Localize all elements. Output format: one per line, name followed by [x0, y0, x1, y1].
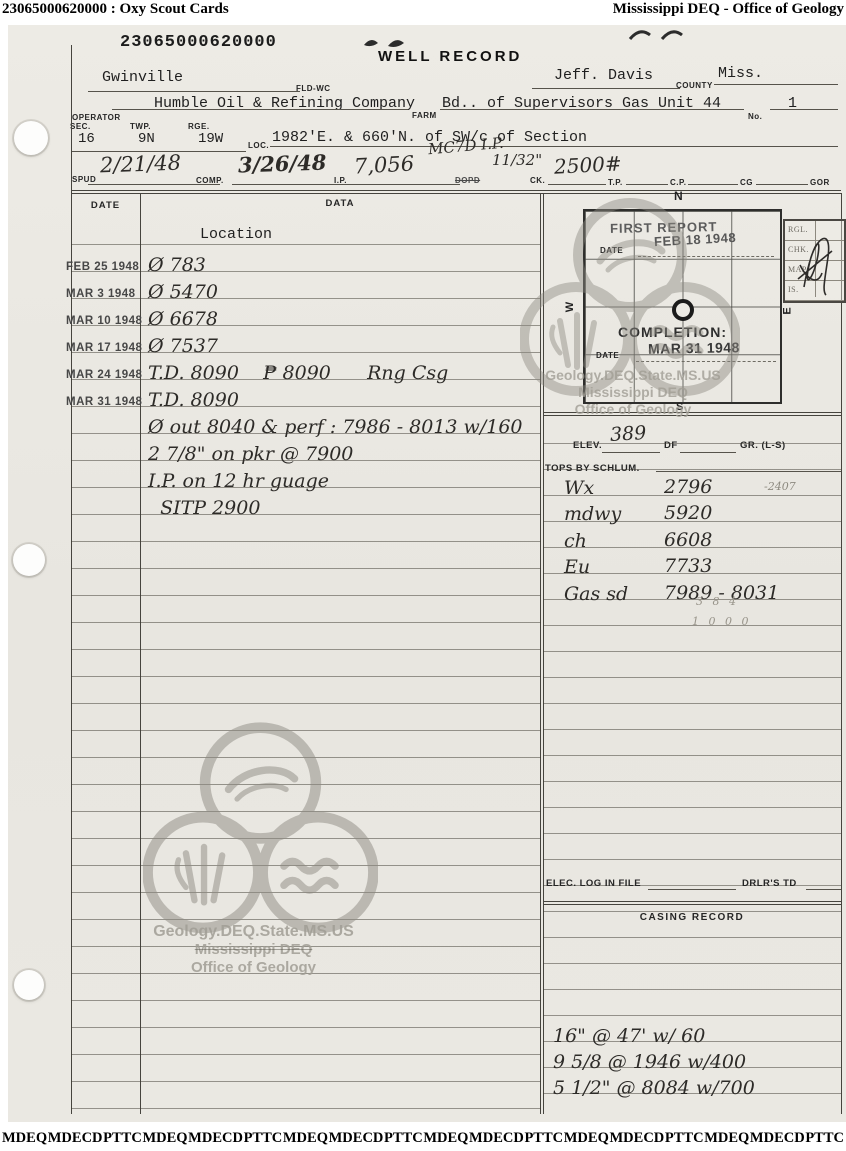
punch-hole — [13, 544, 45, 576]
tops-formation-name: Wx — [564, 477, 594, 499]
tops-formation-name: mdwy — [564, 503, 621, 525]
tops-depth-value: 2796 — [664, 476, 712, 498]
tops-formation-name: Gas sd — [564, 583, 628, 605]
page-footer: MDEQ MDECD PTTC MDEQ MDECD PTTC MDEQ MDE… — [0, 1130, 846, 1151]
footer-token: PTTC — [103, 1130, 142, 1151]
cg-label: CG — [740, 178, 753, 187]
dopd-value: 11/32" — [492, 151, 542, 169]
elec-log-label: ELEC. LOG IN FILE — [546, 878, 641, 889]
footer-token: PTTC — [665, 1130, 704, 1151]
ip-label: I.P. — [334, 176, 347, 185]
row-date-stamp: MAR 10 1948 — [66, 315, 142, 327]
tops-depth-value: 7733 — [664, 555, 712, 577]
compass-w-label: W — [564, 302, 576, 312]
row-date-stamp: MAR 31 1948 — [66, 396, 142, 408]
field-name-value: Gwinville — [102, 69, 183, 86]
footer-token: MDECD — [609, 1130, 664, 1151]
comp-label: COMP. — [196, 176, 224, 185]
rge-value: 19W — [198, 131, 223, 147]
elev-value: 389 — [609, 422, 646, 446]
casing-entry-text: 16" @ 47' w/ 60 — [553, 1026, 705, 1046]
table-row: MAR 10 1948 Ø 6678 — [64, 303, 542, 330]
tops-depth-value: 5920 — [664, 502, 712, 524]
pencil-note: 3 8 4 — [696, 595, 739, 608]
row-data-text: I.P. on 12 hr guage — [148, 471, 329, 491]
tops-row: mdwy 5920 — [556, 499, 846, 526]
casing-entry-text: 9 5/8 @ 1946 w/400 — [553, 1052, 746, 1072]
rge-label: RGE. — [188, 122, 210, 131]
ck-value: 2500# — [553, 151, 622, 179]
casing-row: 5 1/2" @ 8084 w/700 — [553, 1072, 843, 1098]
page-header-right: Mississippi DEQ - Office of Geology — [613, 1, 844, 18]
tops-formation-name: ch — [564, 530, 587, 552]
footer-token: MDEQ — [2, 1130, 47, 1151]
dopd-label: DOPD — [455, 176, 480, 185]
ck-label: CK. — [530, 176, 545, 185]
completion-date-label: DATE — [596, 351, 619, 360]
table-row: 2 7/8" on pkr @ 7900 — [64, 438, 542, 465]
table-row: Ø out 8040 & perf : 7986 - 8013 w/160 — [64, 411, 542, 438]
tops-row: ch 6608 — [556, 525, 846, 552]
row-data-text: Ø 5470 — [148, 282, 218, 302]
well-no-label: No. — [748, 112, 762, 121]
footer-token: MDECD — [469, 1130, 524, 1151]
footer-token: MDEQ — [142, 1130, 187, 1151]
punch-hole — [14, 970, 44, 1000]
footer-token: PTTC — [524, 1130, 563, 1151]
spud-value: 2/21/48 — [100, 151, 182, 178]
table-row: MAR 31 1948 T.D. 8090 — [64, 384, 542, 411]
data-column-header: DATA — [140, 198, 540, 209]
tp-label: T.P. — [608, 178, 623, 187]
tops-depth-value: 6608 — [664, 529, 712, 551]
row-date-stamp: MAR 3 1948 — [66, 288, 142, 300]
county-value: Jeff. Davis — [554, 67, 653, 84]
tops-list: Wx 2796 -2407 mdwy 5920 ch 6608 Eu 7733 … — [556, 472, 846, 605]
well-location-marker — [672, 299, 694, 321]
state-value: Miss. — [718, 65, 763, 82]
row-date-stamp: MAR 17 1948 — [66, 342, 142, 354]
ip-value: 7,056 — [353, 151, 414, 178]
table-row: FEB 25 1948 Ø 783 — [64, 249, 542, 276]
table-section-title: Location — [200, 226, 272, 243]
field-label: FLD-WC — [296, 84, 331, 93]
table-row: I.P. on 12 hr guage — [64, 465, 542, 492]
tops-formation-name: Eu — [564, 556, 590, 578]
well-record-table: FEB 25 1948 Ø 783 MAR 3 1948 Ø 5470 MAR … — [64, 249, 542, 519]
completion-date-stamp: MAR 31 1948 — [648, 339, 740, 357]
completion-stamp: COMPLETION: — [618, 324, 727, 340]
footer-token: MDEQ — [423, 1130, 468, 1151]
footer-token: MDEQ — [283, 1130, 328, 1151]
table-row: MAR 24 1948 T.D. 8090 ₱ 8090 Rng Csg — [64, 357, 542, 384]
casing-record-list: 16" @ 47' w/ 60 9 5/8 @ 1946 w/400 5 1/2… — [553, 1020, 843, 1098]
casing-record-title: CASING RECORD — [543, 912, 841, 923]
county-label: COUNTY — [676, 81, 713, 90]
footer-token: PTTC — [384, 1130, 423, 1151]
footer-token: PTTC — [805, 1130, 844, 1151]
casing-row: 9 5/8 @ 1946 w/400 — [553, 1046, 843, 1072]
row-date-stamp: MAR 24 1948 — [66, 369, 142, 381]
first-report-date-label: DATE — [600, 246, 623, 255]
row-data-text: Ø 783 — [148, 255, 206, 275]
tops-pencil-note: -2407 — [764, 480, 796, 493]
footer-token: PTTC — [244, 1130, 283, 1151]
sec-value: 16 — [78, 131, 95, 147]
compass-n-label: N — [674, 189, 683, 203]
row-data-text: T.D. 8090 ₱ 8090 Rng Csg — [148, 363, 448, 383]
casing-row: 16" @ 47' w/ 60 — [553, 1020, 843, 1046]
table-row: SITP 2900 — [64, 492, 542, 519]
twp-label: TWP. — [130, 122, 151, 131]
twp-value: 9N — [138, 131, 155, 147]
footer-token: MDEQ — [704, 1130, 749, 1151]
row-data-text: Ø out 8040 & perf : 7986 - 8013 w/160 — [148, 417, 523, 437]
drlrs-td-label: DRLR'S TD — [742, 878, 797, 889]
row-data-text: 2 7/8" on pkr @ 7900 — [148, 444, 353, 464]
doc-number: 23065000620000 — [120, 33, 277, 52]
row-data-text: SITP 2900 — [148, 498, 260, 518]
sec-label: SEC. — [70, 122, 91, 131]
tops-row: Wx 2796 -2407 — [556, 472, 846, 499]
compass-s-label: S — [676, 401, 683, 413]
signature-scrawl-icon — [788, 221, 842, 301]
loc-label: LOC. — [248, 141, 269, 150]
footer-token: MDECD — [750, 1130, 805, 1151]
tops-row: Eu 7733 — [556, 552, 846, 579]
footer-token: MDECD — [48, 1130, 103, 1151]
spud-label: SPUD — [72, 175, 96, 184]
compass-e-label: E — [782, 307, 794, 314]
pencil-note: 1 0 0 0 — [692, 615, 751, 628]
table-row: MAR 3 1948 Ø 5470 — [64, 276, 542, 303]
row-data-text: Ø 7537 — [148, 336, 218, 356]
farm-label: FARM — [412, 111, 437, 120]
row-date-stamp: FEB 25 1948 — [66, 261, 142, 273]
comp-value: 3/26/48 — [238, 149, 327, 177]
footer-token: MDEQ — [564, 1130, 609, 1151]
footer-token: MDECD — [188, 1130, 243, 1151]
row-data-text: Ø 6678 — [148, 309, 218, 329]
operator-label: OPERATOR — [72, 113, 121, 122]
punch-hole — [14, 121, 48, 155]
row-data-text: T.D. 8090 — [148, 390, 239, 410]
casing-entry-text: 5 1/2" @ 8084 w/700 — [553, 1078, 755, 1098]
page-header-left: 23065000620000 : Oxy Scout Cards — [2, 1, 229, 18]
footer-token: MDECD — [329, 1130, 384, 1151]
well-record-card: 23065000620000 WELL RECORD Gwinville FLD… — [8, 25, 846, 1122]
pen-scribble-icon — [360, 35, 420, 51]
pen-scribble-icon — [626, 27, 690, 43]
cp-label: C.P. — [670, 178, 687, 187]
gor-label: GOR — [810, 178, 830, 187]
date-column-header: DATE — [71, 200, 140, 211]
table-row: MAR 17 1948 Ø 7537 — [64, 330, 542, 357]
page-header: 23065000620000 : Oxy Scout Cards Mississ… — [0, 0, 846, 22]
